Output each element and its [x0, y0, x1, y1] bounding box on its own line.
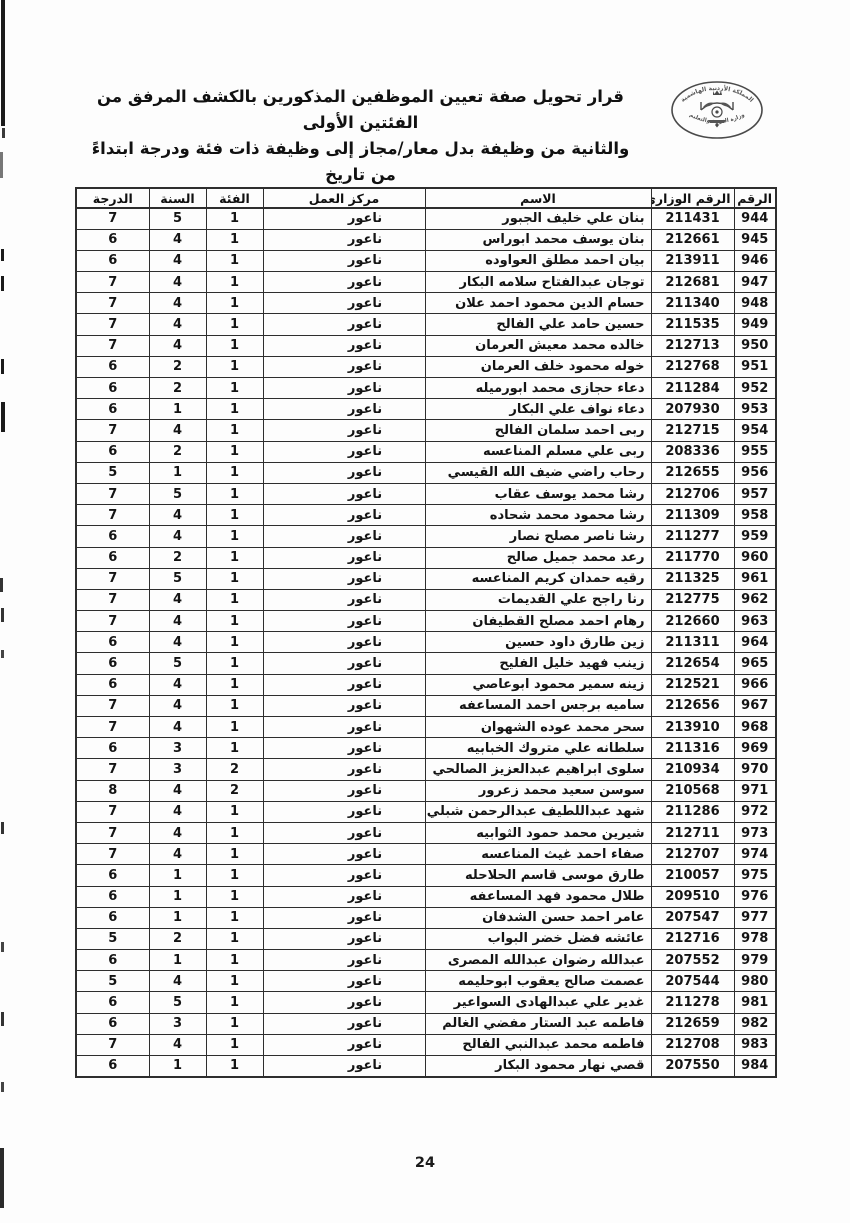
cell-ministry_number: 211278	[651, 992, 734, 1013]
scan-artifact	[1, 1082, 4, 1092]
cell-year: 4	[149, 695, 206, 716]
table-body: 944211431بنان علي خليف الجبورناعور157945…	[76, 208, 776, 1077]
table-row: 958211309رشا محمود محمد شحادهناعور147	[76, 505, 776, 526]
cell-grade: 6	[76, 547, 149, 568]
cell-work_center: ناعور	[263, 547, 425, 568]
cell-ministry_number: 211286	[651, 801, 734, 822]
cell-serial: 979	[734, 950, 776, 971]
cell-year: 5	[149, 208, 206, 229]
cell-work_center: ناعور	[263, 589, 425, 610]
cell-grade: 7	[76, 272, 149, 293]
cell-year: 4	[149, 844, 206, 865]
cell-ministry_number: 210568	[651, 780, 734, 801]
cell-work_center: ناعور	[263, 314, 425, 335]
cell-name: بنان يوسف محمد ابوراس	[425, 229, 651, 250]
cell-name: شيرين محمد حمود الثوابيه	[425, 822, 651, 843]
cell-category: 1	[206, 950, 263, 971]
cell-ministry_number: 212661	[651, 229, 734, 250]
cell-work_center: ناعور	[263, 886, 425, 907]
cell-serial: 950	[734, 335, 776, 356]
cell-serial: 974	[734, 844, 776, 865]
cell-grade: 6	[76, 674, 149, 695]
document-page: المملكة الأردنية الهاشمية وزارة التربية …	[0, 0, 850, 1223]
cell-grade: 7	[76, 483, 149, 504]
table-row: 971210568سوسن سعيد محمد زعرورناعور248	[76, 780, 776, 801]
cell-category: 1	[206, 356, 263, 377]
cell-work_center: ناعور	[263, 632, 425, 653]
cell-serial: 980	[734, 971, 776, 992]
cell-work_center: ناعور	[263, 653, 425, 674]
cell-grade: 6	[76, 907, 149, 928]
table-row: 947212681توجان عبدالفتاح سلامه البكارناع…	[76, 272, 776, 293]
cell-grade: 8	[76, 780, 149, 801]
cell-category: 1	[206, 420, 263, 441]
cell-work_center: ناعور	[263, 399, 425, 420]
cell-grade: 7	[76, 208, 149, 229]
cell-year: 4	[149, 971, 206, 992]
cell-name: زينه سمير محمود ابوعاصي	[425, 674, 651, 695]
cell-name: حسين حامد علي الفالح	[425, 314, 651, 335]
cell-work_center: ناعور	[263, 1056, 425, 1077]
cell-grade: 6	[76, 250, 149, 271]
cell-name: عامر احمد حسن الشدفان	[425, 907, 651, 928]
cell-ministry_number: 211431	[651, 208, 734, 229]
cell-work_center: ناعور	[263, 483, 425, 504]
cell-name: ساميه برجس احمد المساعفه	[425, 695, 651, 716]
cell-year: 4	[149, 229, 206, 250]
cell-year: 4	[149, 1034, 206, 1055]
cell-category: 1	[206, 505, 263, 526]
cell-name: رشا محمد يوسف عقاب	[425, 483, 651, 504]
cell-serial: 951	[734, 356, 776, 377]
table-row: 951212768خوله محمود خلف العرمانناعور126	[76, 356, 776, 377]
cell-category: 1	[206, 822, 263, 843]
cell-name: دعاء نواف علي البكار	[425, 399, 651, 420]
cell-name: قصي نهار محمود البكار	[425, 1056, 651, 1077]
cell-serial: 972	[734, 801, 776, 822]
cell-work_center: ناعور	[263, 844, 425, 865]
table-row: 984207550قصي نهار محمود البكارناعور116	[76, 1056, 776, 1077]
cell-serial: 982	[734, 1013, 776, 1034]
cell-grade: 6	[76, 1013, 149, 1034]
cell-grade: 7	[76, 314, 149, 335]
cell-ministry_number: 210057	[651, 865, 734, 886]
cell-grade: 7	[76, 822, 149, 843]
cell-ministry_number: 207544	[651, 971, 734, 992]
title-line-2: والثانية من وظيفة بدل معار/مجاز إلى وظيف…	[88, 136, 633, 188]
cell-work_center: ناعور	[263, 335, 425, 356]
cell-grade: 6	[76, 441, 149, 462]
cell-year: 4	[149, 272, 206, 293]
cell-ministry_number: 212713	[651, 335, 734, 356]
cell-name: دعاء حجازى محمد ابورميله	[425, 378, 651, 399]
cell-serial: 956	[734, 462, 776, 483]
cell-ministry_number: 212708	[651, 1034, 734, 1055]
cell-name: رحاب راضي ضيف الله القيسي	[425, 462, 651, 483]
cell-ministry_number: 207552	[651, 950, 734, 971]
cell-category: 1	[206, 272, 263, 293]
table-row: 977207547عامر احمد حسن الشدفانناعور116	[76, 907, 776, 928]
cell-grade: 6	[76, 229, 149, 250]
cell-work_center: ناعور	[263, 356, 425, 377]
cell-name: عبدالله رضوان عبدالله المصرى	[425, 950, 651, 971]
cell-year: 4	[149, 632, 206, 653]
cell-serial: 957	[734, 483, 776, 504]
cell-ministry_number: 212707	[651, 844, 734, 865]
scan-artifact	[1, 822, 4, 834]
cell-year: 4	[149, 801, 206, 822]
cell-work_center: ناعور	[263, 971, 425, 992]
cell-name: ربى علي مسلم المناعسه	[425, 441, 651, 462]
table-row: 970210934سلوى ابراهيم عبدالعزيز الصالحين…	[76, 759, 776, 780]
cell-year: 4	[149, 335, 206, 356]
cell-serial: 953	[734, 399, 776, 420]
cell-category: 1	[206, 632, 263, 653]
cell-serial: 959	[734, 526, 776, 547]
cell-category: 1	[206, 674, 263, 695]
table-row: 944211431بنان علي خليف الجبورناعور157	[76, 208, 776, 229]
cell-category: 1	[206, 992, 263, 1013]
cell-ministry_number: 210934	[651, 759, 734, 780]
cell-year: 4	[149, 717, 206, 738]
cell-grade: 7	[76, 759, 149, 780]
cell-category: 1	[206, 378, 263, 399]
cell-category: 1	[206, 611, 263, 632]
cell-work_center: ناعور	[263, 462, 425, 483]
cell-name: حسام الدين محمود احمد علان	[425, 293, 651, 314]
cell-name: فاطمه محمد عبدالنبي الفالح	[425, 1034, 651, 1055]
cell-work_center: ناعور	[263, 992, 425, 1013]
cell-year: 1	[149, 886, 206, 907]
cell-work_center: ناعور	[263, 378, 425, 399]
cell-serial: 984	[734, 1056, 776, 1077]
cell-year: 4	[149, 780, 206, 801]
cell-ministry_number: 212655	[651, 462, 734, 483]
scan-artifact	[1, 359, 4, 374]
table-header-row: الرقمالرقم الوزاريالاسممركز العملالفئةال…	[76, 188, 776, 208]
cell-ministry_number: 212681	[651, 272, 734, 293]
cell-grade: 6	[76, 653, 149, 674]
cell-work_center: ناعور	[263, 250, 425, 271]
cell-name: رشا محمود محمد شحاده	[425, 505, 651, 526]
cell-year: 3	[149, 759, 206, 780]
table-row: 975210057طارق موسى قاسم الحلاحلهناعور116	[76, 865, 776, 886]
cell-name: فاطمه عبد الستار مفضي الغالم	[425, 1013, 651, 1034]
cell-ministry_number: 211277	[651, 526, 734, 547]
cell-serial: 946	[734, 250, 776, 271]
cell-ministry_number: 211340	[651, 293, 734, 314]
scan-artifact	[1, 942, 4, 952]
cell-serial: 975	[734, 865, 776, 886]
cell-work_center: ناعور	[263, 293, 425, 314]
cell-category: 1	[206, 441, 263, 462]
cell-name: عصمت صالح يعقوب ابوحليمه	[425, 971, 651, 992]
cell-work_center: ناعور	[263, 1013, 425, 1034]
table-row: 963212660رهام احمد مصلح القطيفانناعور147	[76, 611, 776, 632]
table-row: 983212708فاطمه محمد عبدالنبي الفالحناعور…	[76, 1034, 776, 1055]
cell-category: 2	[206, 759, 263, 780]
table-row: 982212659فاطمه عبد الستار مفضي الغالمناع…	[76, 1013, 776, 1034]
cell-ministry_number: 212656	[651, 695, 734, 716]
cell-category: 1	[206, 695, 263, 716]
cell-year: 4	[149, 589, 206, 610]
cell-work_center: ناعور	[263, 950, 425, 971]
cell-ministry_number: 211309	[651, 505, 734, 526]
cell-name: خوله محمود خلف العرمان	[425, 356, 651, 377]
cell-serial: 968	[734, 717, 776, 738]
cell-year: 2	[149, 928, 206, 949]
cell-grade: 7	[76, 568, 149, 589]
cell-ministry_number: 207930	[651, 399, 734, 420]
cell-serial: 977	[734, 907, 776, 928]
table-row: 962212775رنا راجح علي القديماتناعور147	[76, 589, 776, 610]
cell-serial: 960	[734, 547, 776, 568]
cell-work_center: ناعور	[263, 822, 425, 843]
table-row: 961211325رقيه حمدان كريم المناعسهناعور15…	[76, 568, 776, 589]
table-row: 965212654زينب فهيد خليل الفليحناعور156	[76, 653, 776, 674]
table-row: 954212715ربى احمد سلمان الفالحناعور147	[76, 420, 776, 441]
cell-year: 4	[149, 674, 206, 695]
cell-serial: 945	[734, 229, 776, 250]
cell-name: سحر محمد عوده الشهوان	[425, 717, 651, 738]
cell-category: 1	[206, 1034, 263, 1055]
cell-serial: 964	[734, 632, 776, 653]
cell-work_center: ناعور	[263, 505, 425, 526]
cell-year: 5	[149, 992, 206, 1013]
column-header-work_center: مركز العمل	[263, 188, 425, 208]
table-row: 978212716عائشه فضل خضر البوابناعور125	[76, 928, 776, 949]
scan-artifact	[0, 152, 3, 178]
cell-name: سلوى ابراهيم عبدالعزيز الصالحي	[425, 759, 651, 780]
table-row: 955208336ربى علي مسلم المناعسهناعور126	[76, 441, 776, 462]
cell-serial: 967	[734, 695, 776, 716]
cell-serial: 970	[734, 759, 776, 780]
cell-ministry_number: 207550	[651, 1056, 734, 1077]
cell-grade: 6	[76, 886, 149, 907]
cell-work_center: ناعور	[263, 801, 425, 822]
cell-year: 2	[149, 547, 206, 568]
cell-category: 1	[206, 865, 263, 886]
cell-ministry_number: 211535	[651, 314, 734, 335]
table-row: 981211278غدير علي عبدالهادى السواعيرناعو…	[76, 992, 776, 1013]
cell-name: غدير علي عبدالهادى السواعير	[425, 992, 651, 1013]
cell-name: رقيه حمدان كريم المناعسه	[425, 568, 651, 589]
cell-year: 1	[149, 1056, 206, 1077]
cell-grade: 6	[76, 378, 149, 399]
cell-grade: 7	[76, 801, 149, 822]
cell-year: 5	[149, 483, 206, 504]
cell-serial: 983	[734, 1034, 776, 1055]
cell-work_center: ناعور	[263, 526, 425, 547]
cell-work_center: ناعور	[263, 780, 425, 801]
cell-serial: 965	[734, 653, 776, 674]
cell-category: 1	[206, 907, 263, 928]
table-row: 956212655رحاب راضي ضيف الله القيسيناعور1…	[76, 462, 776, 483]
cell-year: 2	[149, 441, 206, 462]
cell-ministry_number: 212716	[651, 928, 734, 949]
cell-serial: 949	[734, 314, 776, 335]
cell-category: 1	[206, 717, 263, 738]
cell-ministry_number: 212660	[651, 611, 734, 632]
table-row: 976209510طلال محمود فهد المساعفهناعور116	[76, 886, 776, 907]
table-row: 960211770رعد محمد جميل صالحناعور126	[76, 547, 776, 568]
cell-ministry_number: 212659	[651, 1013, 734, 1034]
cell-category: 1	[206, 250, 263, 271]
cell-ministry_number: 213911	[651, 250, 734, 271]
cell-name: رهام احمد مصلح القطيفان	[425, 611, 651, 632]
scan-artifact	[1, 608, 4, 622]
cell-work_center: ناعور	[263, 208, 425, 229]
cell-year: 4	[149, 526, 206, 547]
cell-year: 3	[149, 1013, 206, 1034]
cell-name: سلطانه علي متروك الخبابيه	[425, 738, 651, 759]
cell-name: سوسن سعيد محمد زعرور	[425, 780, 651, 801]
cell-year: 1	[149, 462, 206, 483]
table-row: 969211316سلطانه علي متروك الخبابيهناعور1…	[76, 738, 776, 759]
cell-name: رشا ناصر مصلح نصار	[425, 526, 651, 547]
cell-grade: 5	[76, 928, 149, 949]
cell-grade: 6	[76, 738, 149, 759]
cell-work_center: ناعور	[263, 759, 425, 780]
table-row: 980207544عصمت صالح يعقوب ابوحليمهناعور14…	[76, 971, 776, 992]
cell-work_center: ناعور	[263, 695, 425, 716]
cell-grade: 5	[76, 462, 149, 483]
cell-work_center: ناعور	[263, 865, 425, 886]
cell-serial: 954	[734, 420, 776, 441]
cell-serial: 952	[734, 378, 776, 399]
cell-work_center: ناعور	[263, 229, 425, 250]
cell-year: 5	[149, 568, 206, 589]
table-row: 964211311زين طارق داود حسينناعور146	[76, 632, 776, 653]
cell-year: 4	[149, 611, 206, 632]
cell-serial: 944	[734, 208, 776, 229]
cell-serial: 973	[734, 822, 776, 843]
employee-table: الرقمالرقم الوزاريالاسممركز العملالفئةال…	[75, 187, 777, 1078]
cell-ministry_number: 209510	[651, 886, 734, 907]
column-header-year: السنة	[149, 188, 206, 208]
cell-grade: 7	[76, 695, 149, 716]
cell-work_center: ناعور	[263, 717, 425, 738]
cell-ministry_number: 211311	[651, 632, 734, 653]
cell-category: 1	[206, 293, 263, 314]
cell-category: 1	[206, 886, 263, 907]
cell-category: 1	[206, 462, 263, 483]
table-row: 967212656ساميه برجس احمد المساعفهناعور14…	[76, 695, 776, 716]
cell-name: رنا راجح علي القديمات	[425, 589, 651, 610]
cell-name: شهد عبداللطيف عبدالرحمن شبلي	[425, 801, 651, 822]
cell-category: 2	[206, 780, 263, 801]
cell-name: عائشه فضل خضر البواب	[425, 928, 651, 949]
table-row: 950212713خالده محمد معيش العرمانناعور147	[76, 335, 776, 356]
cell-year: 1	[149, 950, 206, 971]
cell-grade: 7	[76, 717, 149, 738]
cell-category: 1	[206, 971, 263, 992]
cell-category: 1	[206, 568, 263, 589]
cell-serial: 966	[734, 674, 776, 695]
cell-ministry_number: 212775	[651, 589, 734, 610]
cell-grade: 6	[76, 950, 149, 971]
cell-year: 5	[149, 653, 206, 674]
cell-category: 1	[206, 738, 263, 759]
cell-serial: 978	[734, 928, 776, 949]
cell-name: توجان عبدالفتاح سلامه البكار	[425, 272, 651, 293]
cell-category: 1	[206, 208, 263, 229]
scan-artifact	[1, 1012, 4, 1026]
table-row: 966212521زينه سمير محمود ابوعاصيناعور146	[76, 674, 776, 695]
cell-category: 1	[206, 1013, 263, 1034]
cell-work_center: ناعور	[263, 928, 425, 949]
cell-work_center: ناعور	[263, 1034, 425, 1055]
table-row: 968213910سحر محمد عوده الشهوانناعور147	[76, 717, 776, 738]
table-row: 945212661بنان يوسف محمد ابوراسناعور146	[76, 229, 776, 250]
cell-category: 1	[206, 844, 263, 865]
scan-artifact	[2, 128, 5, 138]
table-row: 972211286شهد عبداللطيف عبدالرحمن شبليناع…	[76, 801, 776, 822]
cell-name: بنان علي خليف الجبور	[425, 208, 651, 229]
cell-grade: 5	[76, 971, 149, 992]
cell-grade: 6	[76, 992, 149, 1013]
column-header-name: الاسم	[425, 188, 651, 208]
cell-name: خالده محمد معيش العرمان	[425, 335, 651, 356]
table-row: 973212711شيرين محمد حمود الثوابيهناعور14…	[76, 822, 776, 843]
cell-work_center: ناعور	[263, 674, 425, 695]
table-row: 946213911بيان احمد مطلق العواودهناعور146	[76, 250, 776, 271]
cell-serial: 955	[734, 441, 776, 462]
cell-name: بيان احمد مطلق العواوده	[425, 250, 651, 271]
cell-ministry_number: 212521	[651, 674, 734, 695]
cell-category: 1	[206, 399, 263, 420]
cell-year: 4	[149, 314, 206, 335]
scan-artifact	[1, 650, 4, 658]
cell-year: 2	[149, 378, 206, 399]
cell-grade: 6	[76, 526, 149, 547]
scan-artifact	[1, 0, 5, 126]
cell-grade: 7	[76, 293, 149, 314]
cell-ministry_number: 213910	[651, 717, 734, 738]
cell-name: طلال محمود فهد المساعفه	[425, 886, 651, 907]
cell-category: 1	[206, 229, 263, 250]
cell-serial: 976	[734, 886, 776, 907]
cell-ministry_number: 212654	[651, 653, 734, 674]
cell-work_center: ناعور	[263, 420, 425, 441]
cell-work_center: ناعور	[263, 907, 425, 928]
cell-grade: 7	[76, 611, 149, 632]
column-header-category: الفئة	[206, 188, 263, 208]
cell-serial: 948	[734, 293, 776, 314]
cell-year: 1	[149, 907, 206, 928]
cell-ministry_number: 211284	[651, 378, 734, 399]
cell-work_center: ناعور	[263, 611, 425, 632]
table-row: 979207552عبدالله رضوان عبدالله المصرىناع…	[76, 950, 776, 971]
scan-artifact	[1, 276, 4, 291]
table-row: 959211277رشا ناصر مصلح نصارناعور146	[76, 526, 776, 547]
cell-year: 1	[149, 399, 206, 420]
cell-name: ربى احمد سلمان الفالح	[425, 420, 651, 441]
cell-category: 1	[206, 1056, 263, 1077]
cell-ministry_number: 212711	[651, 822, 734, 843]
cell-category: 1	[206, 547, 263, 568]
cell-serial: 947	[734, 272, 776, 293]
cell-year: 4	[149, 822, 206, 843]
cell-work_center: ناعور	[263, 738, 425, 759]
cell-work_center: ناعور	[263, 272, 425, 293]
table-row: 957212706رشا محمد يوسف عقابناعور157	[76, 483, 776, 504]
cell-grade: 6	[76, 1056, 149, 1077]
cell-grade: 7	[76, 844, 149, 865]
cell-serial: 981	[734, 992, 776, 1013]
column-header-serial: الرقم	[734, 188, 776, 208]
table-row: 949211535حسين حامد علي الفالحناعور147	[76, 314, 776, 335]
